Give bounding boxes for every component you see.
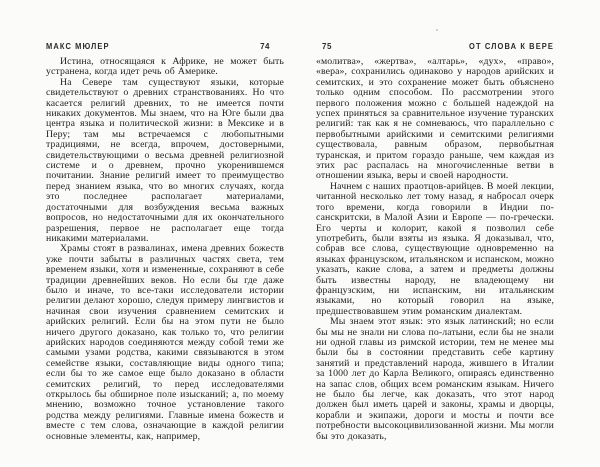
paragraph: «молитва», «жертва», «алтарь», «дух», «п… xyxy=(316,57,554,182)
page-number-right: 75 xyxy=(322,42,332,51)
scan-speck xyxy=(436,29,438,31)
right-page: 75 ОТ СЛОВА К ВЕРЕ «молитва», «жертва», … xyxy=(300,0,600,467)
paragraph: На Севере там существуют языки, которые … xyxy=(46,78,284,245)
book-spread: МАКС МЮЛЕР 74 Истина, относящаяся к Афри… xyxy=(0,0,600,467)
page-number-left: 74 xyxy=(260,42,270,51)
right-page-running-head: 75 ОТ СЛОВА К ВЕРЕ xyxy=(316,42,554,54)
paragraph: Начнем с наших праотцов-арийцев. В моей … xyxy=(316,182,554,317)
paragraph: Храмы стоят в развалинах, имена древних … xyxy=(46,244,284,442)
left-page-text-block: Истина, относящаяся к Африке, не может б… xyxy=(46,57,284,442)
paragraph: Истина, относящаяся к Африке, не может б… xyxy=(46,57,284,78)
running-title-author: МАКС МЮЛЕР xyxy=(46,42,110,51)
paragraph: Мы знаем этот язык: это язык латинский; … xyxy=(316,317,554,442)
running-title-book: ОТ СЛОВА К ВЕРЕ xyxy=(469,42,554,51)
left-page-running-head: МАКС МЮЛЕР 74 xyxy=(46,42,282,54)
left-page: МАКС МЮЛЕР 74 Истина, относящаяся к Афри… xyxy=(0,0,300,467)
right-page-text-block: «молитва», «жертва», «алтарь», «дух», «п… xyxy=(316,57,554,442)
